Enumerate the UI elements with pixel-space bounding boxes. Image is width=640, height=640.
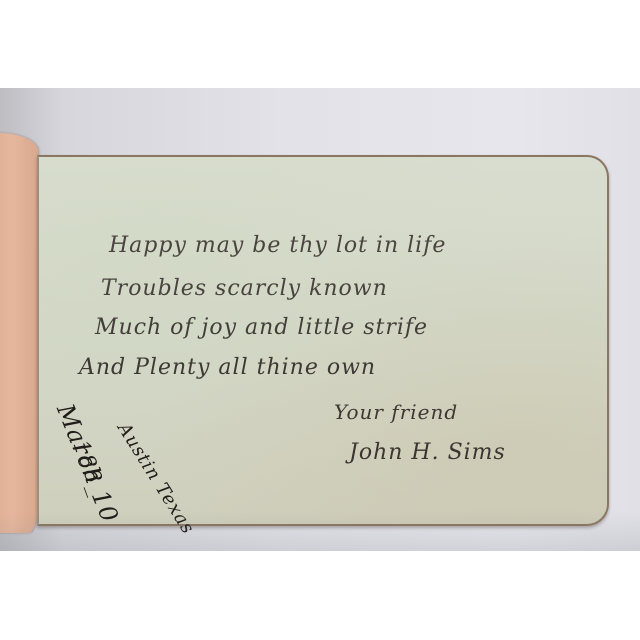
margin-place: Austin Texas (113, 419, 198, 538)
verse-line-4: And Plenty all thine own (79, 355, 376, 380)
verse-line-1: Happy may be thy lot in life (109, 233, 446, 258)
photo-canvas: Happy may be thy lot in life Troubles sc… (0, 0, 640, 640)
tabletop-surface: Happy may be thy lot in life Troubles sc… (0, 88, 640, 551)
verse-line-2: Troubles scarcly known (101, 276, 388, 301)
autograph-page: Happy may be thy lot in life Troubles sc… (37, 155, 609, 526)
verse-line-3: Much of joy and little strife (95, 315, 428, 340)
closing-text: Your friend (334, 400, 458, 424)
signature: John H. Sims (349, 440, 506, 465)
left-album-page (0, 133, 38, 533)
